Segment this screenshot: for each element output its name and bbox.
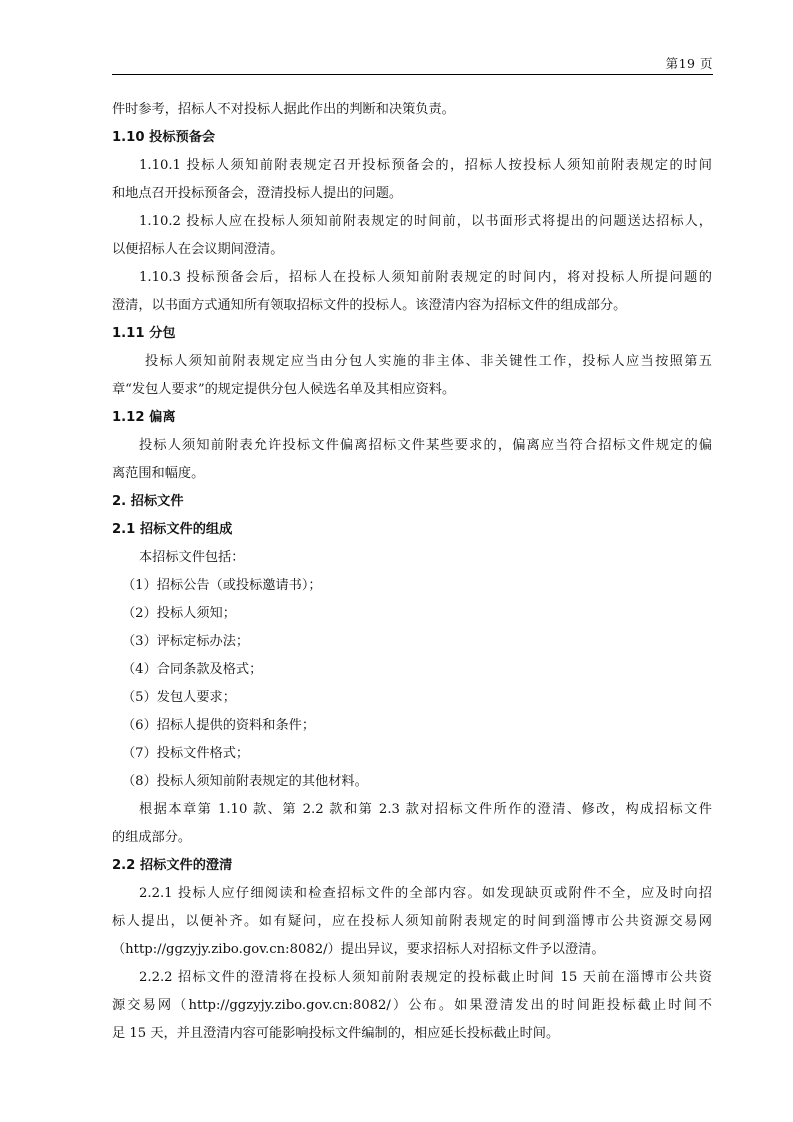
paragraph-line: 以便招标人在会议期间澄清。	[112, 236, 712, 264]
paragraph-line: 足 15 天，并且澄清内容可能影响投标文件编制的，相应延长投标截止时间。	[112, 1020, 712, 1048]
list-item: （1）招标公告（或投标邀请书）；	[112, 572, 712, 600]
section-heading-2-2: 2.2 招标文件的澄清	[112, 852, 712, 880]
paragraph-line: 的组成部分。	[112, 824, 712, 852]
paragraph-line: 1.10.2 投标人应在投标人须知前附表规定的时间前，以书面形式将提出的问题送达…	[112, 208, 712, 236]
paragraph-line: 本招标文件包括：	[112, 544, 712, 572]
paragraph-line: 章“发包人要求”的规定提供分包人候选名单及其相应资料。	[112, 376, 712, 404]
list-item: （6）招标人提供的资料和条件；	[112, 712, 712, 740]
paragraph-line: 2.2.1 投标人应仔细阅读和检查招标文件的全部内容。如发现缺页或附件不全，应及…	[112, 880, 712, 908]
list-item: （2）投标人须知；	[112, 600, 712, 628]
page-number: 第19 页	[666, 54, 713, 72]
paragraph-line: 投标人须知前附表规定应当由分包人实施的非主体、非关键性工作，投标人应当按照第五	[112, 348, 712, 376]
list-item: （7）投标文件格式；	[112, 740, 712, 768]
paragraph-line: 源交易网（http://ggzyjy.zibo.gov.cn:8082/）公布。…	[112, 992, 712, 1020]
section-heading-2: 2. 招标文件	[112, 488, 712, 516]
paragraph-line: 件时参考，招标人不对投标人据此作出的判断和决策负责。	[112, 96, 712, 124]
paragraph-line: 根据本章第 1.10 款、第 2.2 款和第 2.3 款对招标文件所作的澄清、修…	[112, 796, 712, 824]
section-heading-1-11: 1.11 分包	[112, 320, 712, 348]
list-item: （4）合同条款及格式；	[112, 656, 712, 684]
list-item: （5）发包人要求；	[112, 684, 712, 712]
paragraph-line: 2.2.2 招标文件的澄清将在投标人须知前附表规定的投标截止时间 15 天前在淄…	[112, 964, 712, 992]
paragraph-line: （http://ggzyjy.zibo.gov.cn:8082/）提出异议，要求…	[112, 936, 712, 964]
section-heading-2-1: 2.1 招标文件的组成	[112, 516, 712, 544]
paragraph-line: 1.10.1 投标人须知前附表规定召开投标预备会的，招标人按投标人须知前附表规定…	[112, 152, 712, 180]
list-item: （3）评标定标办法；	[112, 628, 712, 656]
list-item: （8）投标人须知前附表规定的其他材料。	[112, 768, 712, 796]
paragraph-line: 离范围和幅度。	[112, 460, 712, 488]
document-body: 件时参考，招标人不对投标人据此作出的判断和决策负责。 1.10 投标预备会 1.…	[112, 96, 712, 1048]
paragraph-line: 1.10.3 投标预备会后，招标人在投标人须知前附表规定的时间内，将对投标人所提…	[112, 264, 712, 292]
section-heading-1-10: 1.10 投标预备会	[112, 124, 712, 152]
paragraph-line: 和地点召开投标预备会，澄清投标人提出的问题。	[112, 180, 712, 208]
section-heading-1-12: 1.12 偏离	[112, 404, 712, 432]
paragraph-line: 标人提出，以便补齐。如有疑问，应在投标人须知前附表规定的时间到淄博市公共资源交易…	[112, 908, 712, 936]
page-header: 第19 页	[112, 52, 713, 75]
paragraph-line: 投标人须知前附表允许投标文件偏离招标文件某些要求的，偏离应当符合招标文件规定的偏	[112, 432, 712, 460]
paragraph-line: 澄清，以书面方式通知所有领取招标文件的投标人。该澄清内容为招标文件的组成部分。	[112, 292, 712, 320]
